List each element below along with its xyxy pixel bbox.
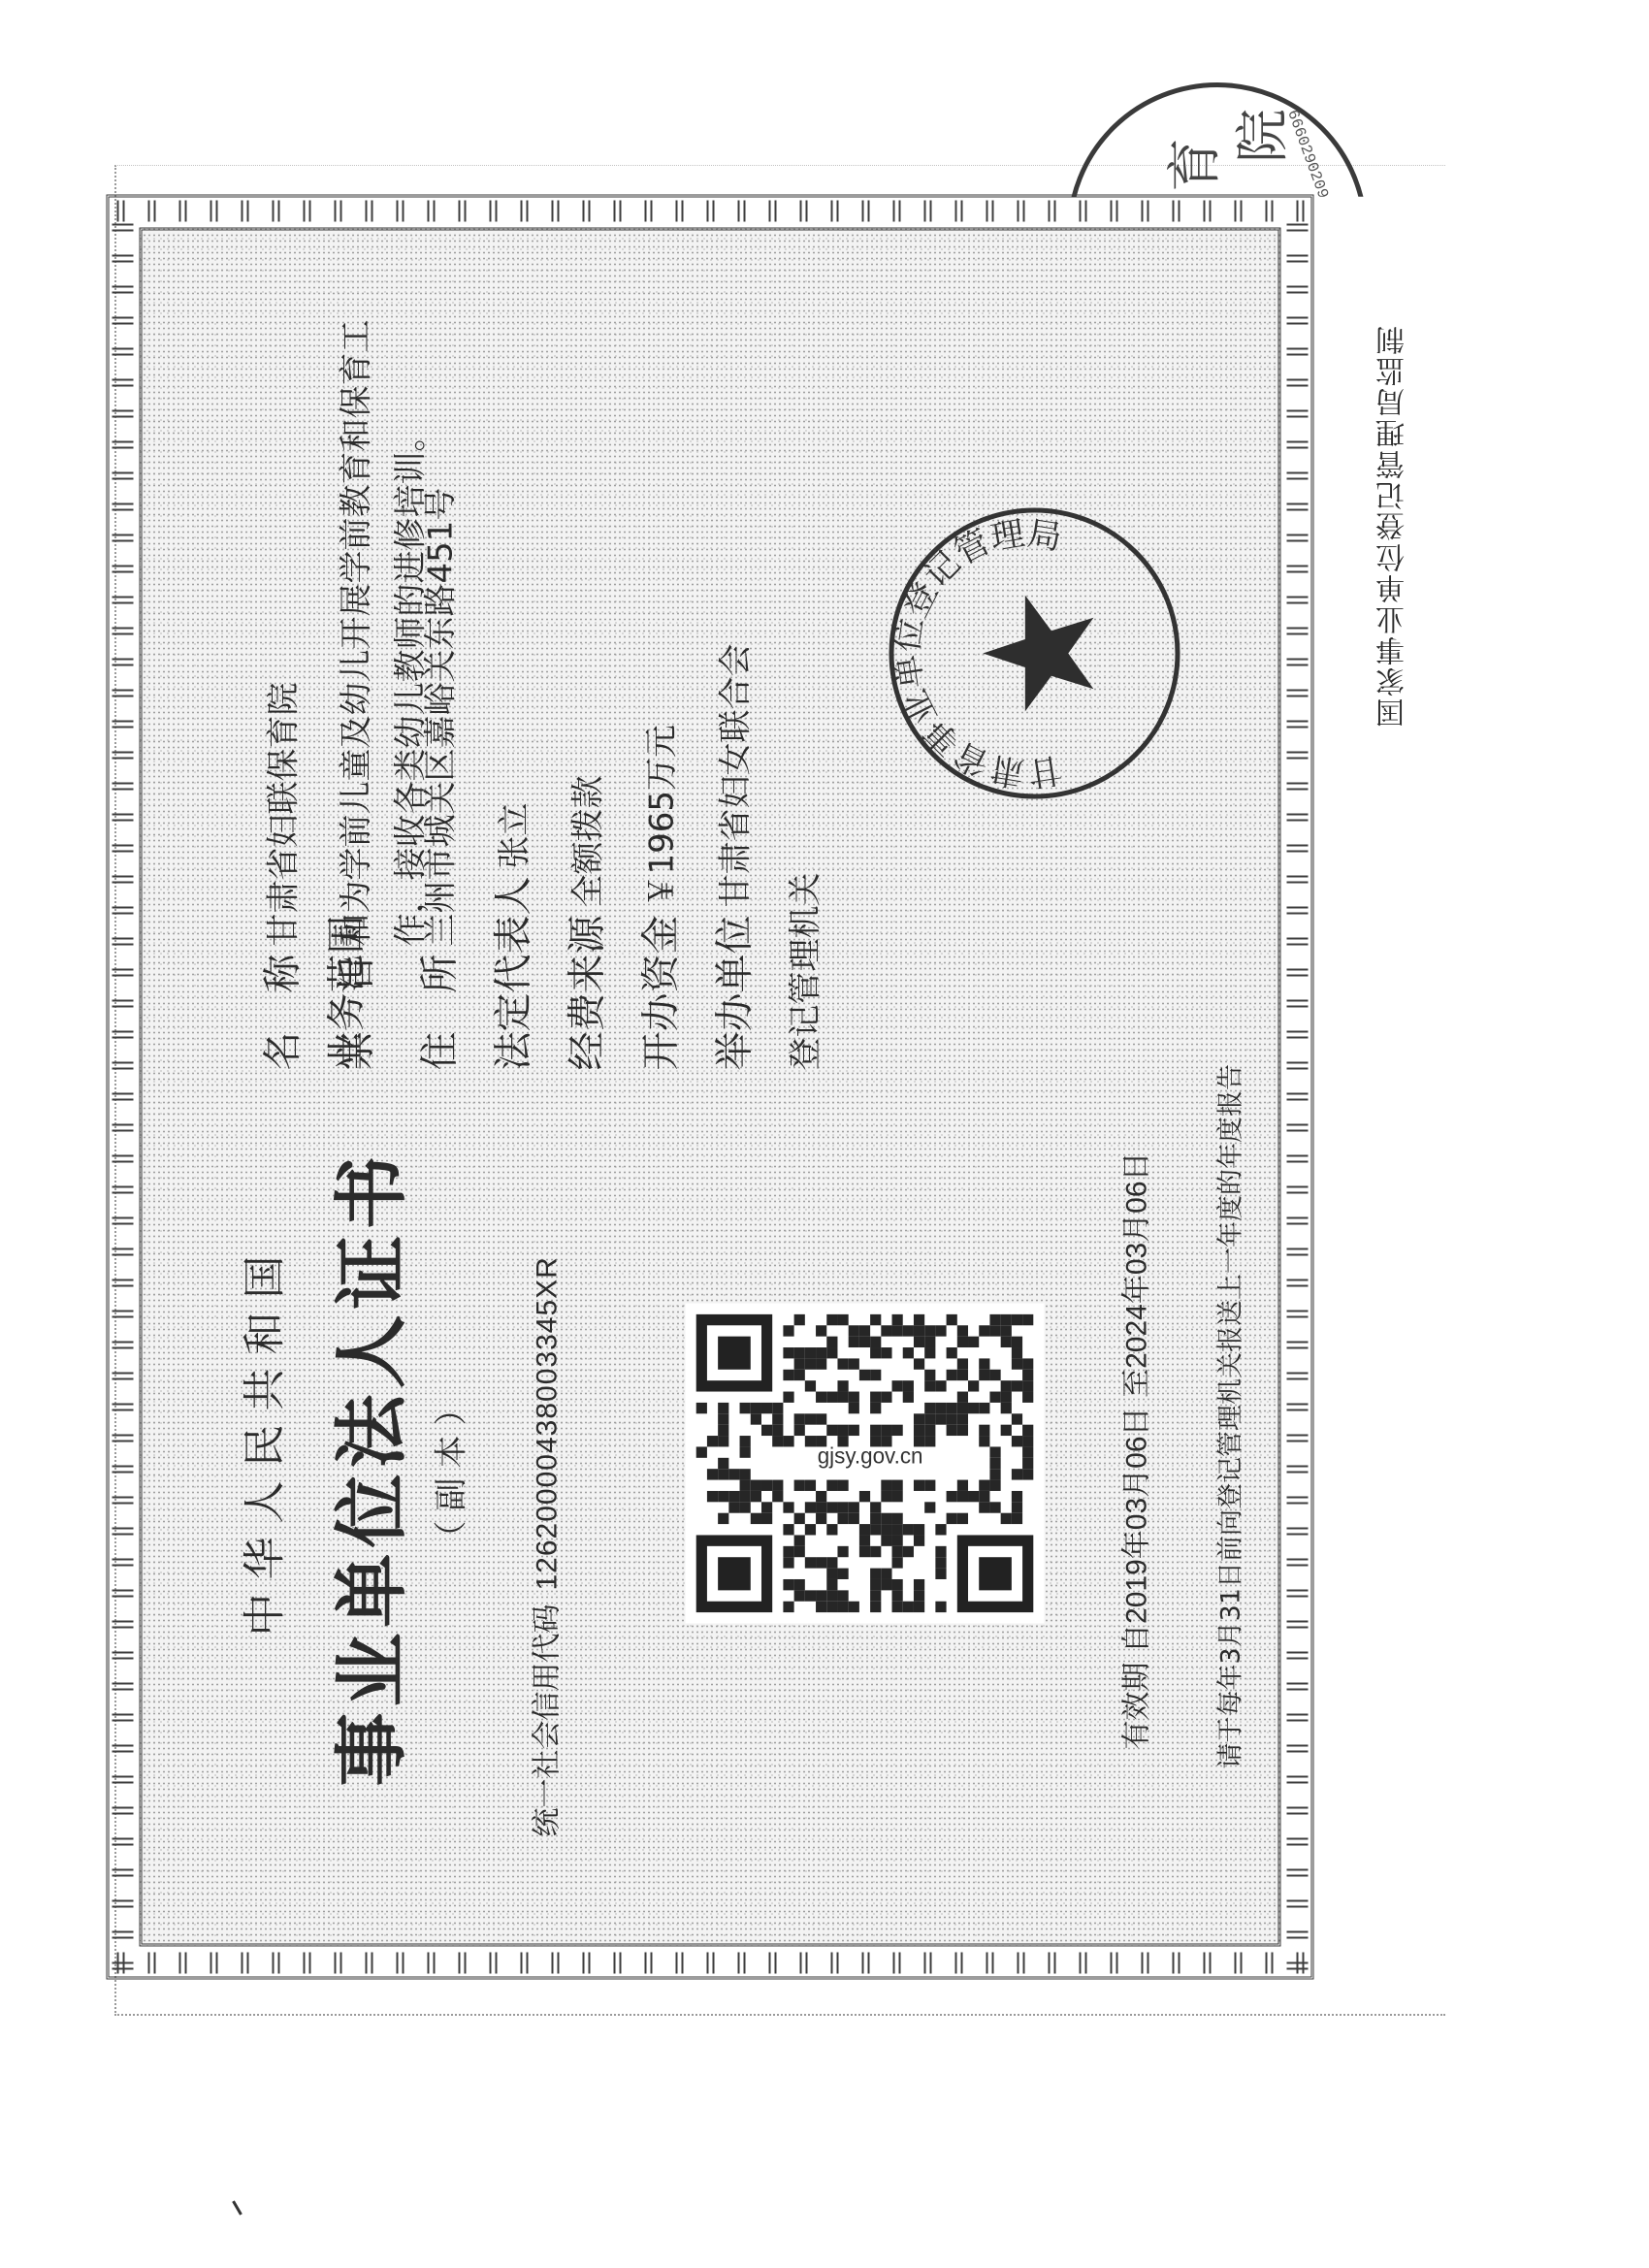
qr-code[interactable]: gjsy.gov.cn	[686, 1304, 1045, 1624]
field-funding: 经费来源 全额拨款	[568, 217, 607, 1071]
certificate-copy-label: （副本）	[425, 1100, 472, 1837]
registration-authority-seal: 甘肃省事业单位登记管理局	[889, 508, 1180, 799]
field-value: 甘肃省妇联保育院	[264, 683, 303, 947]
issuer-credit: 国家事业单位登记管理局监制	[1373, 243, 1431, 728]
validity-period: 有效期 自2019年03月06日 至2024年03月06日	[1113, 1151, 1155, 1749]
legal-person-certificate: 中华人民共和国 事业单位法人证书 （副本） 统一社会信用代码1262000043…	[107, 195, 1314, 1980]
field-label: 经费来源	[568, 916, 607, 1071]
field-name: 名 称 甘肃省妇联保育院	[264, 217, 303, 1071]
field-label: 业务范围	[328, 916, 367, 1071]
certificate-header: 中华人民共和国 事业单位法人证书 （副本） 统一社会信用代码1262000043…	[230, 1100, 566, 1837]
qr-code-icon: gjsy.gov.cn	[686, 1304, 1045, 1624]
validity-to: 至2024年03月06日	[1121, 1151, 1153, 1397]
validity-label: 有效期	[1120, 1663, 1154, 1750]
field-value: 张立	[495, 803, 533, 869]
validity-from: 自2019年03月06日	[1121, 1407, 1153, 1652]
field-label: 名 称	[264, 955, 303, 1071]
seal-star-icon: 甘肃省事业单位登记管理局	[894, 513, 1176, 794]
field-value: 兰州市城关区嘉峪关东路451号	[421, 488, 460, 947]
field-registrar: 登记管理机关	[790, 217, 823, 1071]
certificate-fields: 名 称 甘肃省妇联保育院 宗 旨 和为学前儿童及幼儿开展学前教育和保育工作，接收…	[264, 217, 857, 1071]
credit-code-value: 12620000438003345XR	[532, 1256, 564, 1590]
field-value: ￥1965万元	[642, 725, 681, 908]
field-legal-rep: 法定代表人 张立	[495, 217, 533, 1071]
country-name: 中华人民共和国	[230, 1100, 292, 1779]
annual-report-notice: 请于每年3月31日前向登记管理机关报送上一年度的年度报告	[1210, 1064, 1247, 1769]
field-value: 甘肃省妇女联合会	[716, 644, 755, 908]
svg-text:gjsy.gov.cn: gjsy.gov.cn	[818, 1443, 923, 1468]
certificate-title: 事业单位法人证书	[313, 1100, 419, 1837]
scan-artifact	[232, 2200, 242, 2215]
field-capital: 开办资金 ￥1965万元	[642, 217, 681, 1071]
field-value: 全额拨款	[568, 776, 607, 908]
field-label: 登记管理机关	[790, 873, 823, 1071]
field-sponsor: 举办单位 甘肃省妇女联合会	[716, 217, 755, 1071]
stamp-glyph: 育	[1152, 138, 1230, 192]
field-label: 住 所	[421, 955, 460, 1071]
credit-code-label: 统一社会信用代码	[531, 1604, 565, 1837]
credit-code-line: 统一社会信用代码12620000438003345XR	[523, 1100, 566, 1837]
field-label: 举办单位	[716, 916, 755, 1071]
field-label: 开办资金	[642, 916, 681, 1071]
certificate-body: 中华人民共和国 事业单位法人证书 （副本） 统一社会信用代码1262000043…	[140, 228, 1281, 1947]
field-label: 法定代表人	[495, 877, 533, 1071]
